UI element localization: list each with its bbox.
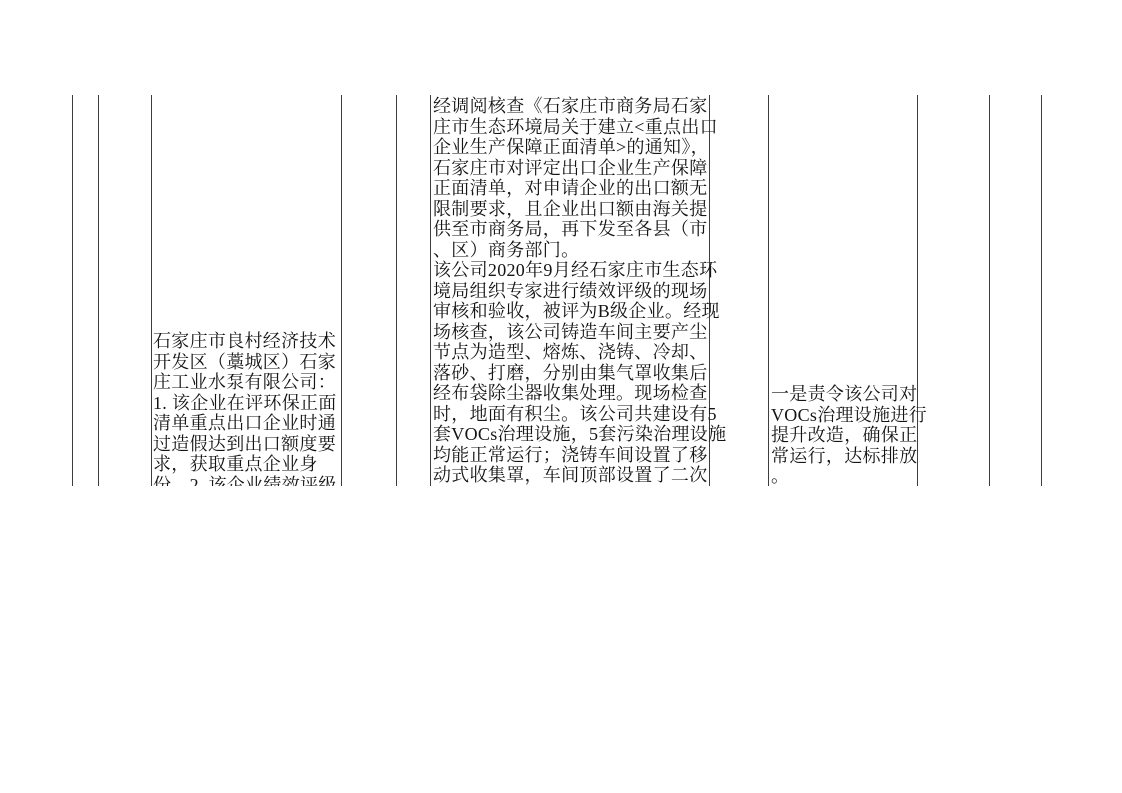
text-line: 均能正常运行；浇铸车间设置了移 (433, 445, 711, 466)
text-line: 庄市生态环境局关于建立<重点出口 (433, 117, 711, 138)
text-line: 常运行，达标排放 (771, 446, 918, 467)
text-line: 庄工业水泵有限公司： (153, 372, 342, 393)
cell-company-issues: 石家庄市良村经济技术开发区（藁城区）石家庄工业水泵有限公司：1. 该企业在评环保… (153, 331, 342, 486)
text-line: 境局组织专家进行绩效评级的现场 (433, 281, 711, 302)
text-line: 经布袋除尘器收集处理。现场检查 (433, 383, 711, 404)
text-line: 时，地面有积尘。该公司共建设有5 (433, 404, 711, 425)
column-border-3 (151, 95, 152, 486)
column-border-8 (768, 95, 769, 486)
text-line: 套VOCs治理设施，5套污染治理设施 (433, 424, 711, 445)
text-line: 正面清单，对申请企业的出口额无 (433, 178, 711, 199)
text-line: 落砂、打磨，分别由集气罩收集后 (433, 363, 711, 384)
column-border-5 (396, 95, 397, 486)
cell-investigation-findings: 经调阅核查《石家庄市商务局石家庄市生态环境局关于建立<重点出口企业生产保障正面清… (433, 96, 711, 486)
text-line: 场核查，该公司铸造车间主要产尘 (433, 322, 711, 343)
text-line: 动式收集罩，车间顶部设置了二次 (433, 465, 711, 486)
text-line: 提升改造，确保正 (771, 425, 918, 446)
text-line: 一是责令该公司对 (771, 384, 918, 405)
cell-handling-measures: 一是责令该公司对VOCs治理设施进行提升改造，确保正常运行，达标排放。 (771, 384, 918, 486)
table-row-visible-band: 石家庄市良村经济技术开发区（藁城区）石家庄工业水泵有限公司：1. 该企业在评环保… (0, 95, 1122, 486)
column-border-11 (1041, 95, 1042, 486)
text-line: 企业生产保障正面清单>的通知》， (433, 137, 711, 158)
text-line: 、区）商务部门。 (433, 240, 711, 261)
text-line: 过造假达到出口额度要 (153, 434, 342, 455)
text-line: 开发区（藁城区）石家 (153, 352, 342, 373)
text-line: 供至市商务局，再下发至各县（市 (433, 219, 711, 240)
text-line: 节点为造型、熔炼、浇铸、冷却、 (433, 342, 711, 363)
text-line: 经调阅核查《石家庄市商务局石家 (433, 96, 711, 117)
column-border-2 (98, 95, 99, 486)
column-border-6 (430, 95, 431, 486)
column-border-10 (989, 95, 990, 486)
text-line: 求，获取重点企业身 (153, 454, 342, 475)
text-line: 石家庄市良村经济技术 (153, 331, 342, 352)
text-line: 1. 该企业在评环保正面 (153, 393, 342, 414)
text-line: 。 (771, 466, 918, 486)
text-line: VOCs治理设施进行 (771, 405, 918, 426)
text-line: 审核和验收，被评为B级企业。经现 (433, 301, 711, 322)
text-line: 该公司2020年9月经石家庄市生态环 (433, 260, 711, 281)
column-border-1 (72, 95, 73, 486)
text-line: 限制要求，且企业出口额由海关提 (433, 199, 711, 220)
document-page: 石家庄市良村经济技术开发区（藁城区）石家庄工业水泵有限公司：1. 该企业在评环保… (0, 0, 1122, 793)
text-line: 石家庄市对评定出口企业生产保障 (433, 158, 711, 179)
text-line: 清单重点出口企业时通 (153, 413, 342, 434)
text-line: 份。2. 该企业绩效评级 (153, 475, 342, 487)
